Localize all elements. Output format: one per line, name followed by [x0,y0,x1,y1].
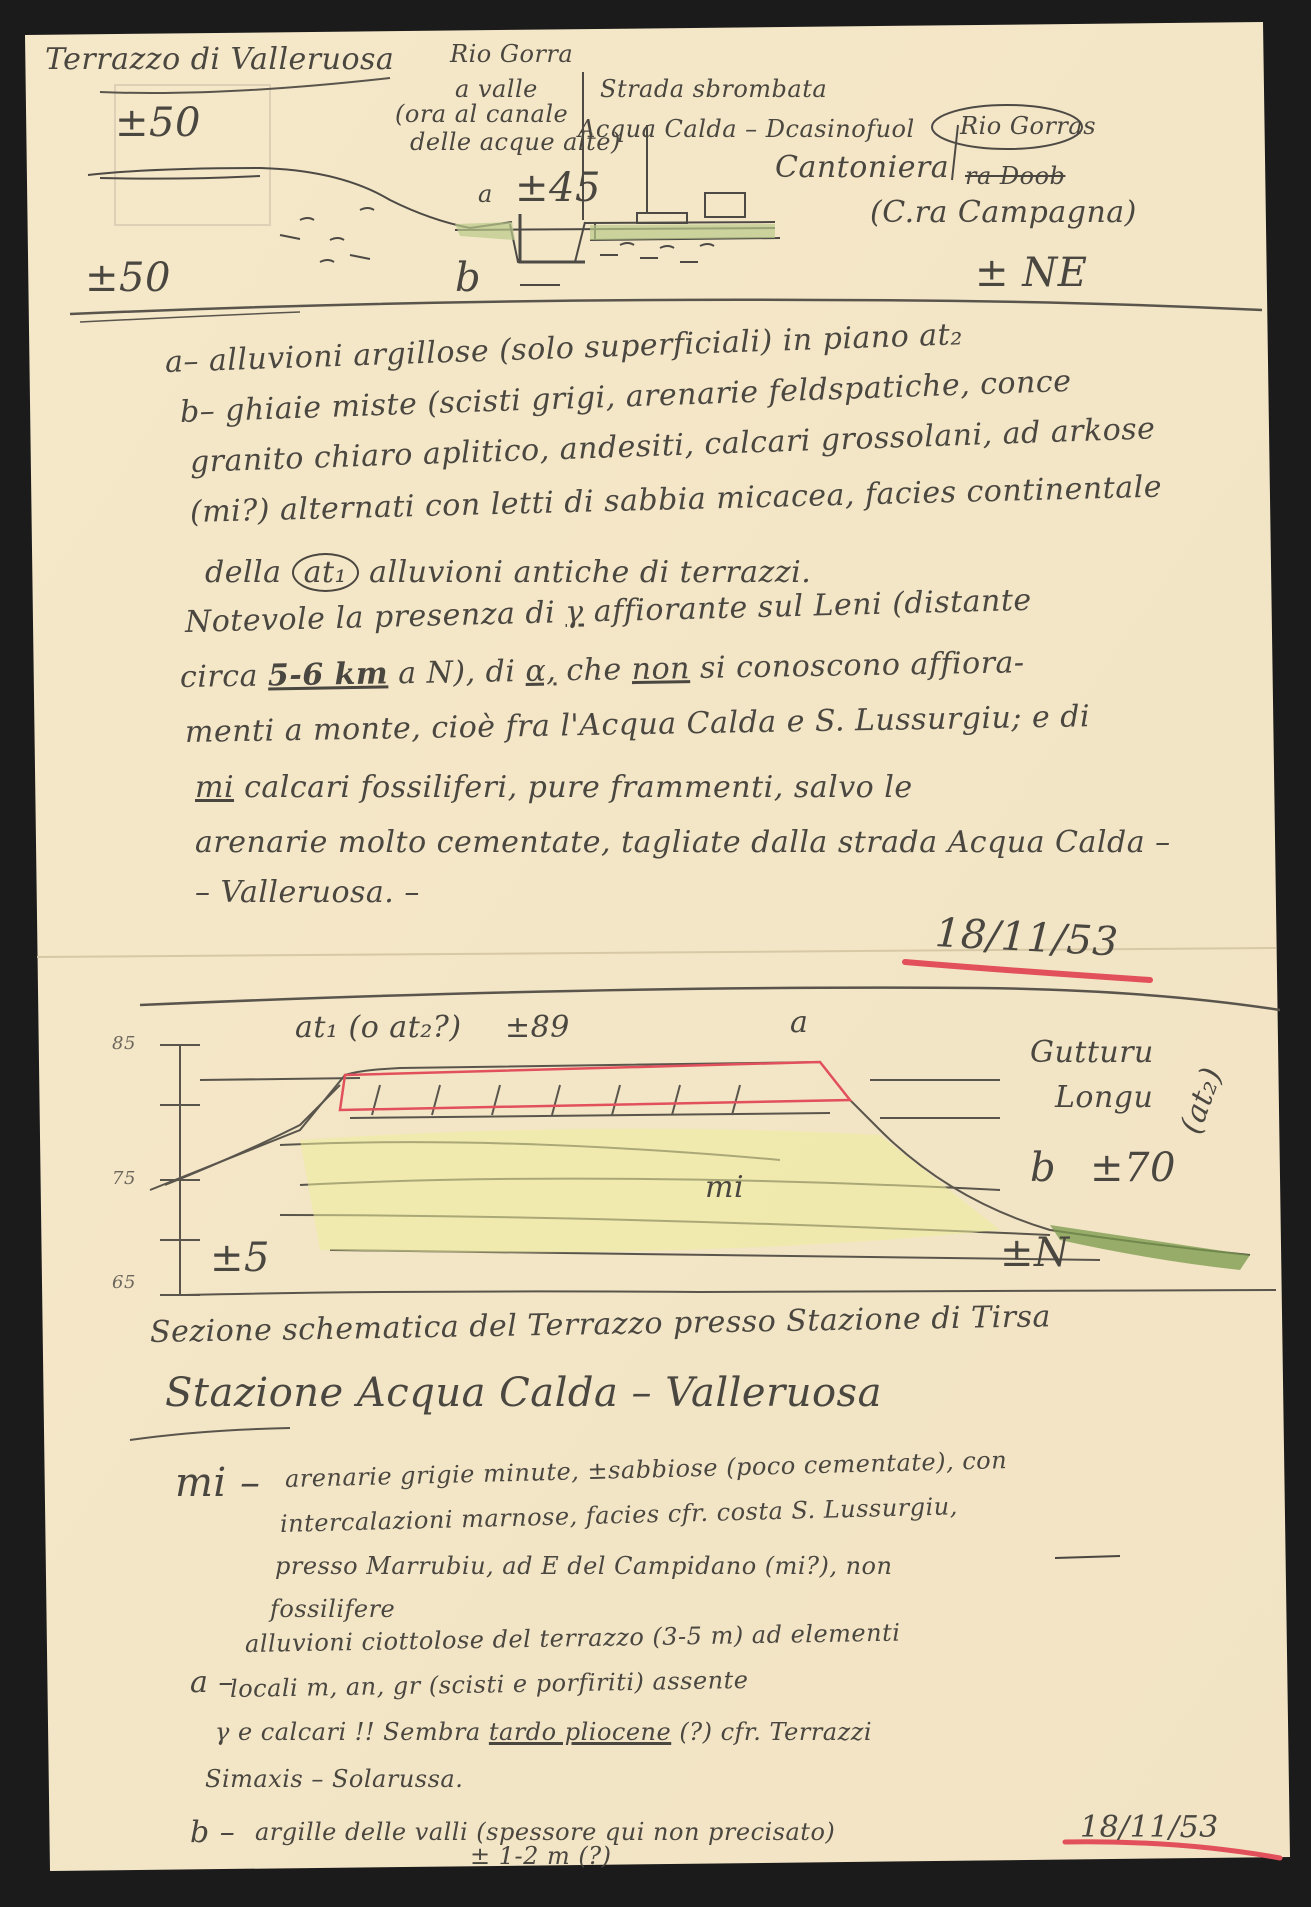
note-paren-1: (ora al canale [395,100,568,128]
caption-line-2: Stazione Acqua Calda – Valleruosa [165,1370,882,1416]
elevation-mid: ±45 [515,165,601,211]
note-campagna: (C.ra Campagna) [870,195,1137,230]
legend2-a-line-4: Simaxis – Solarussa. [205,1765,463,1793]
underlined-tardo-pliocene: tardo pliocene [489,1718,671,1746]
gamma-symbol: γ [565,595,584,630]
legend-text: circa [180,659,259,695]
section-label-a: a [790,1005,808,1040]
legend-text: si conoscono affiora- [700,645,1025,686]
page-title: Terrazzo di Valleruosa [45,42,394,77]
note-cantoniera: Cantoniera [775,150,949,185]
legend-text: della [205,555,282,590]
underlined-mi: mi [195,770,234,805]
section-top-elevation: ±89 [505,1010,570,1045]
legend2-mi-label: mi – [175,1460,260,1506]
note-rio: Rio Gorra [450,40,573,68]
legend-line-i: mi calcari fossiliferi, pure frammenti, … [195,770,913,805]
section-top-label: at₁ (o at₂?) [295,1010,462,1045]
date-1: 18/11/53 [934,910,1120,966]
legend2-mi-line-3: presso Marrubiu, ad E del Campidano (mi?… [275,1552,892,1580]
distance-value: 5-6 km [268,656,389,693]
note-acqua: Acqua Calda – Dcasinofuol [578,115,915,143]
circled-at1: at₁ [292,553,359,592]
legend-text: (?) cfr. Terrazzi [679,1718,872,1746]
legend2-b-line-2: ± 1-2 m (?) [470,1842,612,1870]
underlined-non: non [631,651,690,687]
axis-tick-65: 65 [112,1272,136,1293]
section-right-label-2: Longu [1055,1080,1153,1115]
elevation-label: ±50 [115,100,201,146]
axis-tick-75: 75 [112,1168,136,1189]
note-a-valle: a valle [455,75,538,103]
note-rio-right: Rio Gorras [960,112,1096,140]
legend-text: γ e calcari !! Sembra [215,1718,481,1746]
legend2-mi-line-4: fossilifere [270,1595,395,1623]
legend-text: a N), [398,655,476,691]
label-b: b [455,255,481,301]
axis-tick-85: 85 [112,1033,136,1054]
legend-text: alluvioni antiche di terrazzi. [369,555,811,590]
orientation-ne: ± NE [975,250,1087,296]
legend-text: che [566,652,622,688]
section-right-elevation: ±70 [1090,1145,1176,1191]
legend2-b-label: b – [190,1815,235,1850]
legend2-a-line-3: γ e calcari !! Sembra tardo pliocene (?)… [215,1718,872,1746]
section-center-label: mi [705,1170,744,1205]
section-orientation: ±N [1000,1230,1070,1276]
legend2-a-label: a – [190,1665,234,1700]
elevation-label: ±50 [85,255,171,301]
section-left-elevation: ±5 [210,1235,270,1281]
legend-line-e: della at₁ alluvioni antiche di terrazzi. [205,555,811,590]
date-2: 18/11/53 [1080,1810,1219,1845]
alpha-symbol: α, [525,653,556,689]
note-struck: ra Doob [965,162,1065,190]
section-label-b: b [1030,1145,1056,1191]
note-strada: Strada sbrombata [600,75,827,103]
label-a: a [478,180,493,208]
legend-line-j: arenarie molto cementate, tagliate dalla… [195,825,1171,860]
legend-text: di [485,654,515,690]
section-right-label-1: Gutturu [1030,1035,1154,1070]
legend-text: calcari fossiliferi, pure frammenti, sal… [244,770,913,805]
legend-line-k: – Valleruosa. – [195,875,420,910]
